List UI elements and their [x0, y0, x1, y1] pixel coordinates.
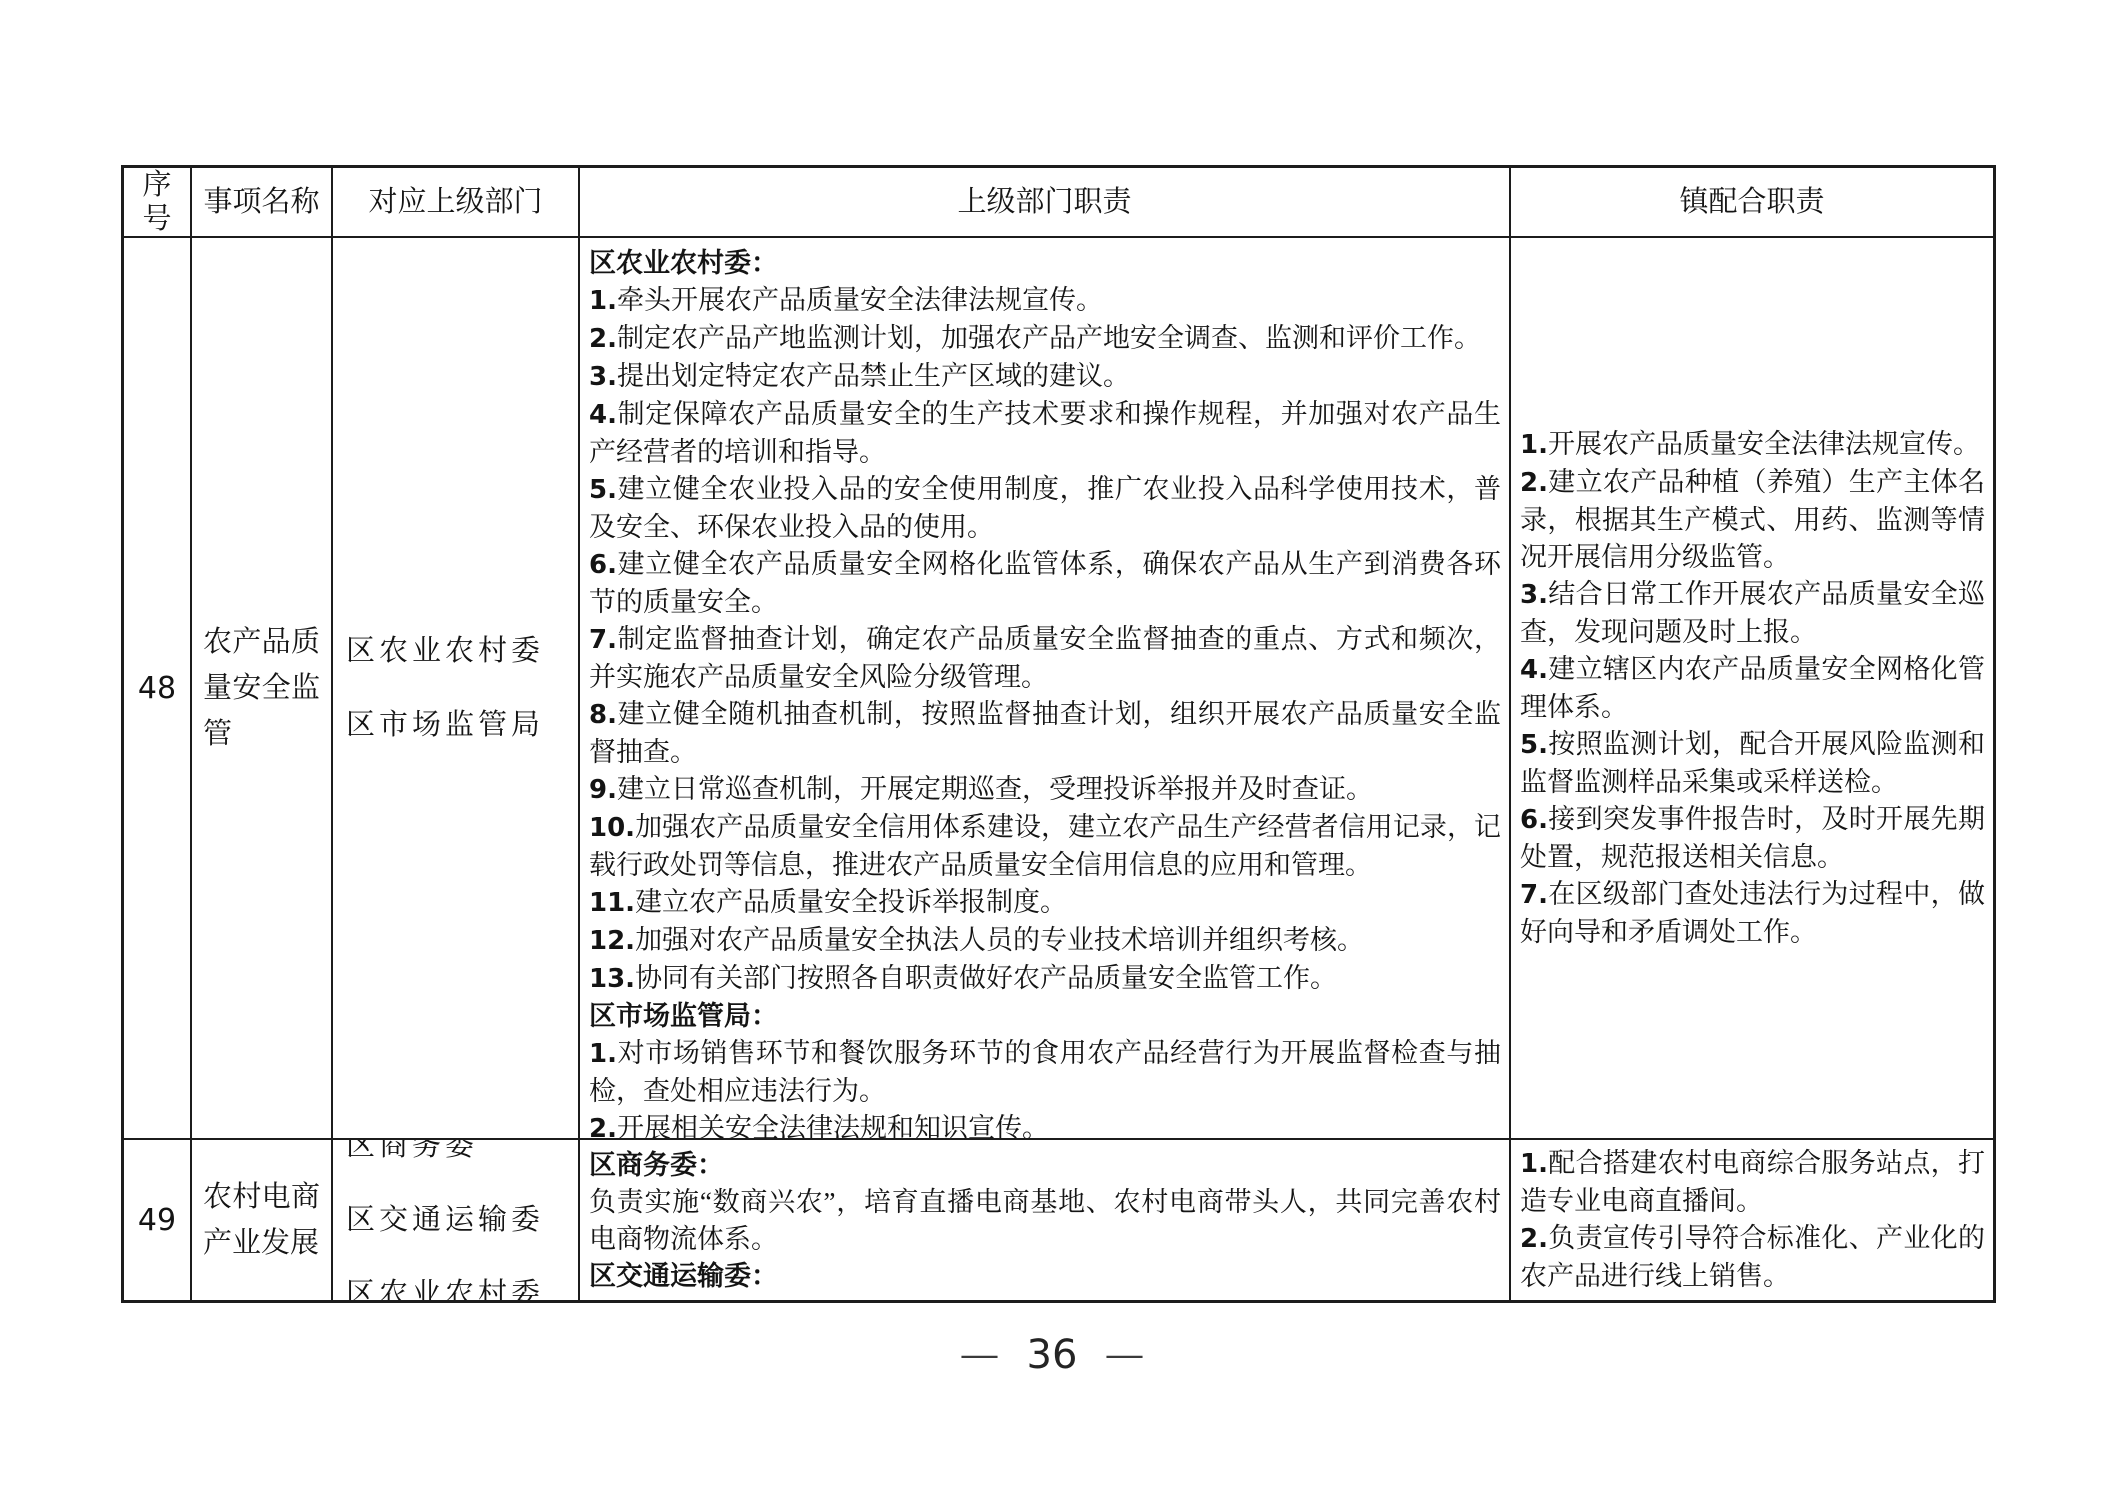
duty-line: 2.建立农产品种植（养殖）生产主体名录，根据其生产模式、用药、监测等情况开展信用…: [1520, 464, 1985, 576]
document-page: 序号 事项名称 对应上级部门 上级部门职责 镇配合职责 48 农产品质量安全监管…: [0, 0, 2104, 1488]
duty-number: 9.: [589, 775, 617, 805]
col-header-departments: 对应上级部门: [333, 168, 580, 238]
duty-line: 3.结合日常工作开展农产品质量安全巡查，发现问题及时上报。: [1520, 576, 1985, 651]
duty-number: 7.: [1520, 880, 1548, 910]
duty-number: 3.: [589, 362, 617, 392]
row-49-seq: 49: [124, 1140, 192, 1300]
row-48-item-name: 农产品质量安全监管: [192, 238, 333, 1140]
duty-line: 8.建立健全随机抽查机制，按照监督抽查计划，组织开展农产品质量安全监督抽查。: [589, 696, 1501, 771]
row-49-superior-duties: 区商务委：负责实施“数商兴农”，培育直播电商基地、农村电商带头人，共同完善农村电…: [580, 1140, 1511, 1300]
responsibilities-table: 序号 事项名称 对应上级部门 上级部门职责 镇配合职责 48 农产品质量安全监管…: [121, 165, 1996, 1303]
duty-number: 7.: [589, 625, 617, 655]
duty-line: 13.协同有关部门按照各自职责做好农产品质量安全监管工作。: [589, 960, 1501, 998]
duty-number: 6.: [589, 550, 617, 580]
department-list: 区商务委区交通运输委区农业农村委: [333, 1140, 578, 1300]
duty-number: 2.: [1520, 468, 1548, 498]
col-header-town-duties: 镇配合职责: [1511, 168, 1993, 238]
duty-line: 9.建立日常巡查机制，开展定期巡查，受理投诉举报并及时查证。: [589, 771, 1501, 809]
row-49-item-name: 农村电商产业发展: [192, 1140, 333, 1300]
duty-line: 2.负责宣传引导符合标准化、产业化的农产品进行线上销售。: [1520, 1220, 1985, 1295]
duty-number: 1.: [1520, 430, 1548, 460]
duty-line: 1.配合搭建农村电商综合服务站点，打造专业电商直播间。: [1520, 1145, 1985, 1220]
department: 区交通运输委: [346, 1198, 574, 1243]
duty-line: 2.开展相关安全法律法规和知识宣传。: [589, 1110, 1501, 1140]
department: 区农业农村委: [346, 1272, 574, 1301]
duty-line: 7.制定监督抽查计划，确定农产品质量安全监督抽查的重点、方式和频次，并实施农产品…: [589, 621, 1501, 696]
duty-line: 5.按照监测计划，配合开展风险监测和监督监测样品采集或采样送检。: [1520, 726, 1985, 801]
duty-number: 1.: [1520, 1149, 1548, 1179]
item-name-text: 农产品质量安全监管: [192, 619, 331, 757]
duty-line: 2.制定农产品产地监测计划，加强农产品产地安全调查、监测和评价工作。: [589, 320, 1501, 358]
row-48-town-duties: 1.开展农产品质量安全法律法规宣传。2.建立农产品种植（养殖）生产主体名录，根据…: [1511, 238, 1993, 1140]
row-48-seq: 48: [124, 238, 192, 1140]
duty-number: 13.: [589, 964, 635, 994]
row-48-departments: 区农业农村委区市场监管局: [333, 238, 580, 1140]
duty-number: 11.: [589, 888, 635, 918]
duty-line: 12.加强对农产品质量安全执法人员的专业技术培训并组织考核。: [589, 922, 1501, 960]
col-header-item-name: 事项名称: [192, 168, 333, 238]
item-name-text: 农村电商产业发展: [192, 1174, 331, 1266]
duty-number: 12.: [589, 926, 635, 956]
duty-number: 1.: [589, 1039, 617, 1069]
duty-line: 负责实施“数商兴农”，培育直播电商基地、农村电商带头人，共同完善农村电商物流体系…: [589, 1184, 1501, 1258]
duty-line: 1.对市场销售环节和餐饮服务环节的食用农产品经营行为开展监督检查与抽检，查处相应…: [589, 1035, 1501, 1110]
duty-line: 6.接到突发事件报告时，及时开展先期处置，规范报送相关信息。: [1520, 801, 1985, 876]
duty-line: 区农业农村委：: [589, 245, 1501, 282]
duty-number: 4.: [1520, 655, 1548, 685]
duty-number: 5.: [1520, 730, 1548, 760]
duty-line: 5.建立健全农业投入品的安全使用制度，推广农业投入品科学使用技术，普及安全、环保…: [589, 471, 1501, 546]
duty-number: 6.: [1520, 805, 1548, 835]
duty-line: 6.建立健全农产品质量安全网格化监管体系，确保农产品从生产到消费各环节的质量安全…: [589, 546, 1501, 621]
duty-number: 1.: [589, 286, 617, 316]
duty-line: 区市场监管局：: [589, 998, 1501, 1035]
page-number-value: 36: [1027, 1332, 1078, 1378]
page-number-left-dash: —: [960, 1337, 1000, 1374]
duty-number: 4.: [589, 400, 617, 430]
col-header-seq: 序号: [124, 168, 192, 238]
duty-number: 2.: [589, 1114, 617, 1140]
duty-line: 区交通运输委：: [589, 1258, 1501, 1295]
duty-line: 1.开展农产品质量安全法律法规宣传。: [1520, 426, 1985, 464]
row-49-town-duties: 1.配合搭建农村电商综合服务站点，打造专业电商直播间。2.负责宣传引导符合标准化…: [1511, 1140, 1993, 1300]
duty-number: 10.: [589, 813, 635, 843]
department: 区商务委: [346, 1140, 574, 1169]
duty-line: 区商务委：: [589, 1147, 1501, 1184]
duty-line: 11.建立农产品质量安全投诉举报制度。: [589, 884, 1501, 922]
duty-number: 2.: [589, 324, 617, 354]
duty-number: 8.: [589, 700, 617, 730]
page-number: — 36 —: [0, 1332, 2104, 1378]
row-49-departments: 区商务委区交通运输委区农业农村委: [333, 1140, 580, 1300]
row-48-superior-duties: 区农业农村委：1.牵头开展农产品质量安全法律法规宣传。2.制定农产品产地监测计划…: [580, 238, 1511, 1140]
duty-number: 3.: [1520, 580, 1548, 610]
duty-line: 3.提出划定特定农产品禁止生产区域的建议。: [589, 358, 1501, 396]
duty-number: 2.: [1520, 1224, 1548, 1254]
department: 区市场监管局: [346, 703, 574, 748]
duty-line: 4.制定保障农产品质量安全的生产技术要求和操作规程，并加强对农产品生产经营者的培…: [589, 396, 1501, 471]
page-number-right-dash: —: [1104, 1337, 1144, 1374]
duty-number: 5.: [589, 475, 617, 505]
duty-line: 1.牵头开展农产品质量安全法律法规宣传。: [589, 282, 1501, 320]
duty-line: 7.在区级部门查处违法行为过程中，做好向导和矛盾调处工作。: [1520, 876, 1985, 951]
department-list: 区农业农村委区市场监管局: [333, 600, 578, 777]
duty-line: 4.建立辖区内农产品质量安全网格化管理体系。: [1520, 651, 1985, 726]
duty-line: 10.加强农产品质量安全信用体系建设，建立农产品生产经营者信用记录，记载行政处罚…: [589, 809, 1501, 884]
department: 区农业农村委: [346, 629, 574, 674]
col-header-superior-duties: 上级部门职责: [580, 168, 1511, 238]
